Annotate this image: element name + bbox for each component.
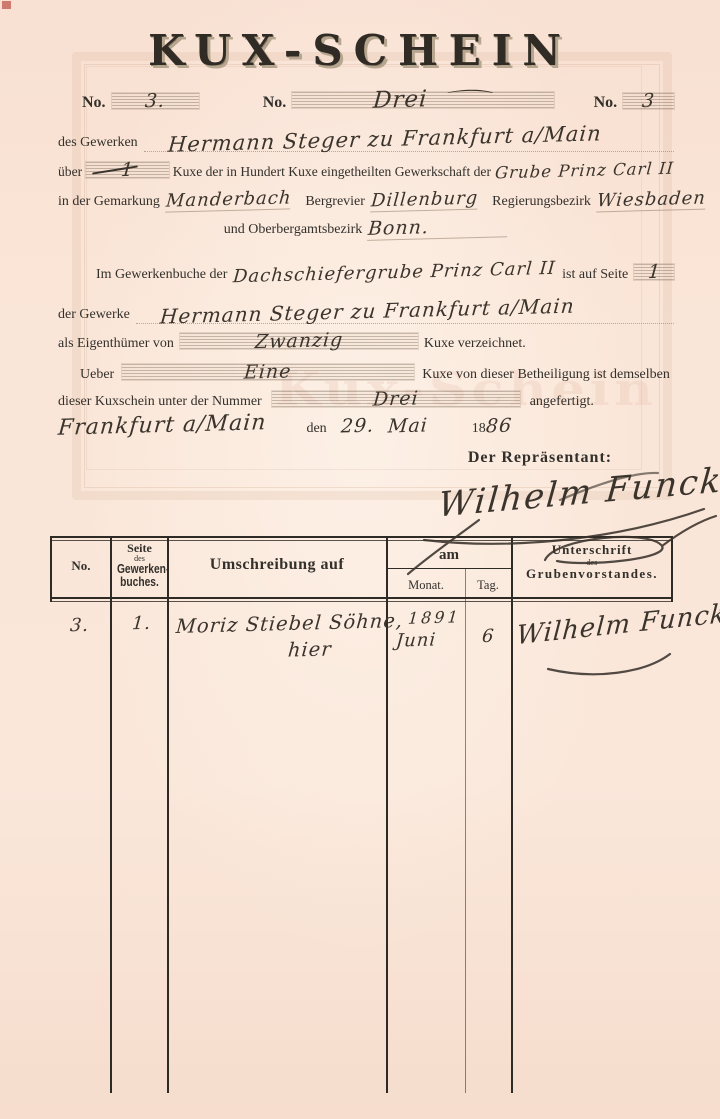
pen-flourish: ⌒: [438, 93, 487, 107]
no-right-value: 3: [641, 94, 655, 108]
field-kuxe-ueber: Eine: [122, 364, 414, 380]
number-row: No. 3. No. Drei ⌒ No. 3: [58, 92, 674, 112]
row-umschreibung-1: Moriz Stiebel Söhne,: [175, 609, 404, 638]
no-left-label: No.: [82, 94, 106, 112]
hand-gewerke2: Hermann Steger zu Frankfurt a/Main: [159, 294, 575, 329]
hand-gemarkung: Manderbach: [165, 187, 292, 212]
row-year: 1891: [407, 607, 461, 627]
hand-seite: 1: [647, 265, 661, 279]
certificate-page: Kux-Schein KUX-SCHEIN No. 3. No. Drei ⌒ …: [0, 0, 720, 1119]
hand-place: Frankfurt a/Main: [57, 410, 267, 441]
header-tag: Tag.: [466, 578, 510, 593]
printed-year-prefix: 18: [472, 421, 486, 436]
field-gewerke-name: Hermann Steger zu Frankfurt a/Main: [144, 127, 674, 152]
line-eigenthuemer: als Eigenthümer von Zwanzig Kuxe verzeic…: [58, 333, 674, 352]
no-center-field: Drei ⌒: [292, 92, 553, 108]
no-left-field: 3.: [112, 93, 199, 109]
printed-ueber2: Ueber: [80, 367, 114, 383]
printed-ist-auf-seite: ist auf Seite: [562, 267, 628, 283]
field-seite: 1: [634, 264, 674, 280]
printed-des-gewerken: des Gewerken: [58, 135, 138, 151]
document-title: KUX-SCHEIN: [0, 26, 720, 75]
hand-oberbergamtsbezirk: Bonn.: [367, 214, 509, 241]
year-group: 1886: [472, 415, 512, 437]
hand-schein-nummer: Drei: [372, 391, 419, 406]
col-sep-no: [110, 536, 112, 1093]
no-center-label: No.: [263, 94, 287, 112]
row-day: 6: [481, 626, 495, 647]
header-seite-l1: Seite: [112, 542, 167, 555]
no-center-value: Drei: [373, 92, 428, 107]
line-oberbergamtsbezirk: und Oberbergamtsbezirk Bonn.: [58, 216, 674, 239]
line-nummer: dieser Kuxschein unter der Nummer Drei a…: [58, 391, 674, 410]
row-seite: 1.: [131, 613, 152, 635]
field-schein-nummer: Drei: [272, 391, 520, 407]
hand-gewerkenbuch-grube: Dachschiefergrube Prinz Carl II: [233, 258, 557, 288]
row-signature: Wilhelm Funck: [516, 599, 720, 651]
hand-kuxe-besitz: Zwanzig: [254, 333, 343, 349]
hand-gewerke-name: Hermann Steger zu Frankfurt a/Main: [167, 121, 602, 156]
representative-label: Der Repräsentant:: [440, 449, 640, 467]
line-gewerkenbuch: Im Gewerkenbuche der Dachschiefergrube P…: [58, 262, 674, 283]
row-no: 3.: [69, 615, 90, 637]
printed-kuxe-verzeichnet: Kuxe verzeichnet.: [424, 336, 526, 352]
table-header-rule-thick: [50, 597, 672, 599]
line-ueber-eine: Ueber Eine Kuxe von dieser Betheiligung …: [58, 364, 674, 383]
printed-eigenthuemer-von: als Eigenthümer von: [58, 336, 174, 352]
col-sep-seite: [167, 536, 169, 1093]
line-gewerke2: der Gewerke Hermann Steger zu Frankfurt …: [58, 299, 674, 324]
printed-betheiligung: Kuxe von dieser Betheiligung ist demselb…: [422, 367, 670, 383]
header-seite-l4: buches.: [117, 576, 162, 589]
line-date: Frankfurt a/Main den 29. Mai 1886: [58, 413, 674, 438]
hand-bergrevier: Dillenburg: [370, 188, 479, 213]
hand-grube-name: Grube Prinz Carl II: [494, 159, 674, 183]
printed-gewerkschaft: Kuxe der in Hundert Kuxe eingetheilten G…: [173, 164, 491, 180]
header-unterschrift-l1: Unterschrift: [514, 543, 670, 558]
printed-regierungsbezirk: Regierungsbezirk: [492, 194, 591, 210]
table-right-border: [671, 536, 673, 602]
no-left-value: 3.: [144, 94, 165, 109]
printed-oberbergamtsbezirk: und Oberbergamtsbezirk: [224, 222, 363, 238]
hand-day: 29.: [340, 415, 375, 438]
printed-gewerkenbuche: Im Gewerkenbuche der: [96, 267, 227, 283]
printed-gemarkung: in der Gemarkung: [58, 194, 160, 210]
field-kuxe-besitz: Zwanzig: [180, 333, 418, 349]
header-seite: Seite des Gewerken- buches.: [112, 542, 167, 589]
no-right-label: No.: [594, 94, 618, 112]
hand-month: Mai: [387, 414, 429, 437]
printed-der-gewerke: der Gewerke: [58, 307, 130, 323]
col-sep-tag: [511, 536, 513, 1093]
table-header-rule-thin: [50, 601, 672, 602]
table-top-rule-thick: [50, 536, 672, 538]
hand-year-suffix: 86: [485, 415, 513, 438]
printed-unter-der-nummer: dieser Kuxschein unter der Nummer: [58, 394, 262, 410]
table-signature-underline: [548, 654, 670, 674]
printed-ueber: über: [58, 164, 82, 180]
hand-kuxe-ueber: Eine: [244, 364, 293, 379]
header-no: No.: [52, 558, 110, 574]
hand-kuxe-anzahl: 1: [120, 163, 134, 177]
no-right-field: 3: [623, 93, 674, 109]
printed-bergrevier: Bergrevier: [305, 194, 365, 210]
header-monat: Monat.: [388, 578, 464, 593]
row-umschreibung-2: hier: [287, 637, 332, 661]
hand-regierungsbezirk: Wiesbaden: [596, 188, 707, 213]
am-subdivider: [386, 568, 512, 569]
line-gemarkung: in der Gemarkung Manderbach Bergrevier D…: [58, 189, 674, 211]
field-gewerke2: Hermann Steger zu Frankfurt a/Main: [136, 299, 674, 324]
line-kuxe-anzahl: über 1 Kuxe der in Hundert Kuxe eingethe…: [58, 161, 674, 180]
printed-den: den: [306, 421, 326, 437]
row-month: Juni: [395, 629, 437, 651]
line-gewerke-name: des Gewerken Hermann Steger zu Frankfurt…: [58, 127, 674, 152]
field-kuxe-anzahl: 1: [86, 162, 169, 178]
scan-corner-mark: [2, 1, 11, 9]
printed-angefertigt: angefertigt.: [530, 394, 594, 410]
header-unterschrift-l3: Grubenvorstandes.: [514, 567, 670, 582]
header-unterschrift: Unterschrift des Grubenvorstandes.: [514, 543, 670, 582]
header-am: am: [388, 547, 510, 564]
header-umschreibung: Umschreibung auf: [170, 556, 384, 574]
col-sep-monat: [465, 568, 466, 1093]
